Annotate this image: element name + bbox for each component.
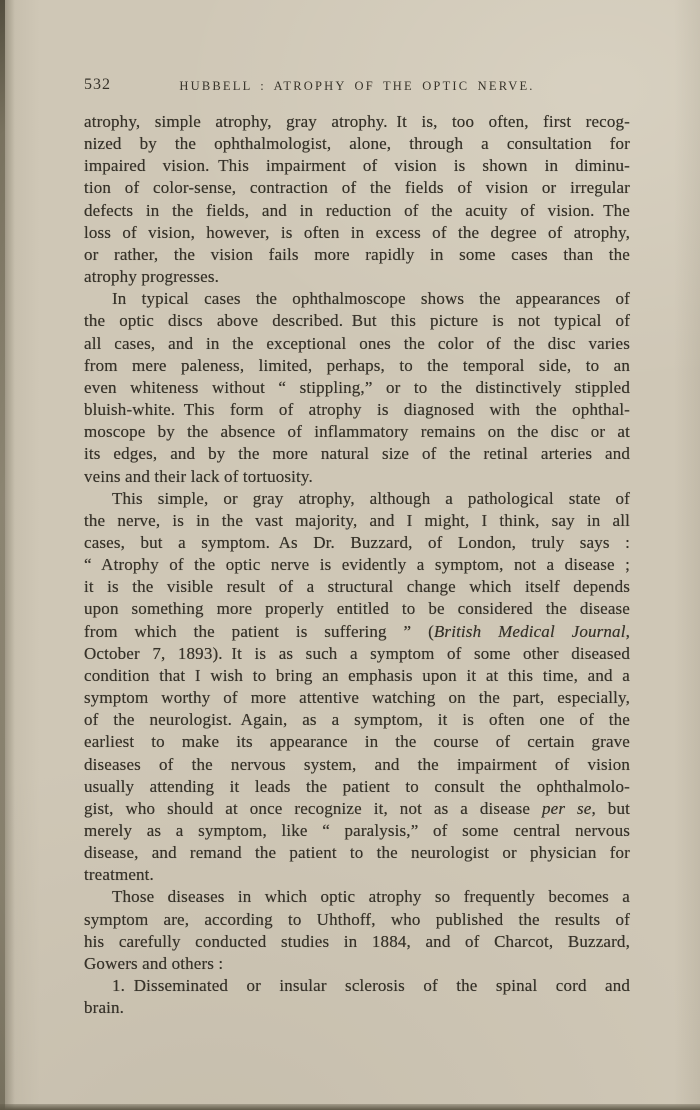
text-line: its edges, and by the more natural size … [84,443,630,465]
text-line: October 7, 1893). It is as such a sympto… [84,643,630,665]
book-page-scan: 532 HUBBELL : ATROPHY OF THE OPTIC NERVE… [0,0,700,1110]
page-bottom-edge-shadow [0,1104,700,1110]
running-header: 532 HUBBELL : ATROPHY OF THE OPTIC NERVE… [84,76,630,98]
text-line: it is the visible result of a structural… [84,576,630,598]
text-body: atrophy, simple atrophy, gray atrophy. I… [84,111,630,1019]
paragraph: atrophy, simple atrophy, gray atrophy. I… [84,111,630,288]
text-line: upon something more properly entitled to… [84,598,630,620]
text-line: Gowers and others : [84,953,630,975]
text-line: even whiteness without “ stippling,” or … [84,377,630,399]
text-line: from mere paleness, limited, perhaps, to… [84,355,630,377]
text-line: symptom worthy of more attentive watchin… [84,687,630,709]
text-line: gist, who should at once recognize it, n… [84,798,630,820]
text-line: cases, but a symptom. As Dr. Buzzard, of… [84,532,630,554]
text-line: symptom are, according to Uhthoff, who p… [84,909,630,931]
text-line: tion of color-sense, contraction of the … [84,177,630,199]
text-line: impaired vision. This impairment of visi… [84,155,630,177]
text-line: merely as a symptom, like “ paralysis,” … [84,820,630,842]
text-line: or rather, the vision fails more rapidly… [84,244,630,266]
text-line: “ Atrophy of the optic nerve is evidentl… [84,554,630,576]
text-line: This simple, or gray atrophy, although a… [84,488,630,510]
text-line: his carefully conducted studies in 1884,… [84,931,630,953]
text-line: of the neurologist. Again, as a symptom,… [84,709,630,731]
text-line: treatment. [84,864,630,886]
running-header-title: HUBBELL : ATROPHY OF THE OPTIC NERVE. [84,79,630,94]
text-line: bluish-white. This form of atrophy is di… [84,399,630,421]
paragraph: This simple, or gray atrophy, although a… [84,488,630,887]
text-line: condition that I wish to bring an emphas… [84,665,630,687]
text-line: atrophy, simple atrophy, gray atrophy. I… [84,111,630,133]
page-left-edge-fade [5,0,15,1110]
text-line: from which the patient is suffering ” (B… [84,621,630,643]
text-line: brain. [84,997,630,1019]
text-line: all cases, and in the exceptional ones t… [84,333,630,355]
text-line: disease, and remand the patient to the n… [84,842,630,864]
text-line: the optic discs above described. But thi… [84,310,630,332]
paragraph: In typical cases the ophthalmoscope show… [84,288,630,487]
paragraph: Those diseases in which optic atrophy so… [84,886,630,975]
paragraph: 1. Disseminated or insular sclerosis of … [84,975,630,1019]
text-line: the nerve, is in the vast majority, and … [84,510,630,532]
text-line: In typical cases the ophthalmoscope show… [84,288,630,310]
text-line: 1. Disseminated or insular sclerosis of … [84,975,630,997]
text-line: defects in the fields, and in reduction … [84,200,630,222]
text-line: loss of vision, however, is often in exc… [84,222,630,244]
text-line: atrophy progresses. [84,266,630,288]
text-line: veins and their lack of tortuosity. [84,466,630,488]
text-line: diseases of the nervous system, and the … [84,754,630,776]
text-line: earliest to make its appearance in the c… [84,731,630,753]
text-line: nized by the ophthalmologist, alone, thr… [84,133,630,155]
text-line: moscope by the absence of inflammatory r… [84,421,630,443]
text-line: Those diseases in which optic atrophy so… [84,886,630,908]
text-line: usually attending it leads the patient t… [84,776,630,798]
